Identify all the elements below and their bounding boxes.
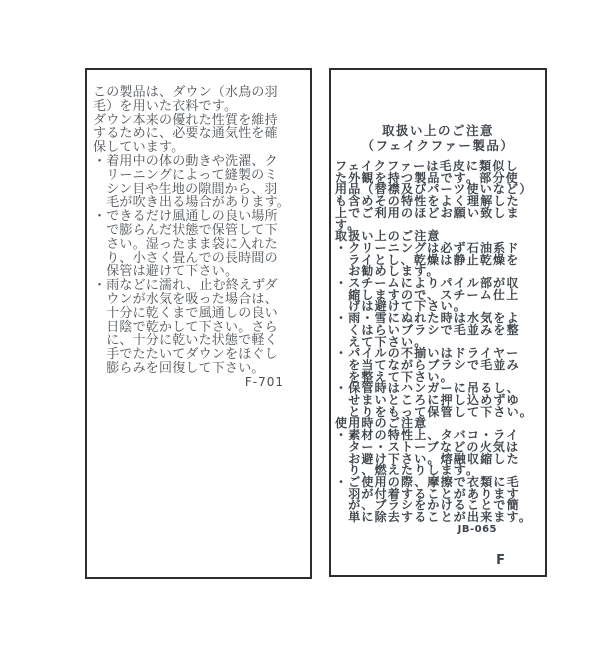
care-text-line: 毛）を用いた衣料です。 xyxy=(93,100,306,114)
care-text-line: り、小さく畳んでの長時間の xyxy=(93,252,306,266)
care-text-line: 毛が吹き出る場合があります。 xyxy=(93,196,306,210)
care-text-line: 保管は避けて下さい。 xyxy=(93,265,306,279)
care-text-line: この製品は、ダウン（水鳥の羽 xyxy=(93,86,306,100)
down-care-text: この製品は、ダウン（水鳥の羽毛）を用いた衣料です。ダウン本来の優れた性質を維持す… xyxy=(87,70,310,376)
care-text-line: さい。湿ったまま袋に入れた xyxy=(93,238,306,252)
care-text-line: 上でご利用のほどお願い致しま xyxy=(335,208,543,220)
care-text-line: ウンが水気を吸った場合は、 xyxy=(93,293,306,307)
care-text-line: ・できるだけ風通しの良い場所 xyxy=(93,210,306,224)
care-text-line: 単に除去することが出来ます。 xyxy=(335,512,543,524)
care-text-line: ・着用中の体の動きや洗濯、ク xyxy=(93,155,306,169)
heading-line: （フェイクファー製品） xyxy=(331,139,545,154)
heading-line: 取扱い上のご注意 xyxy=(331,124,545,139)
care-text-line: リーニングによって縫製のミ xyxy=(93,169,306,183)
care-text-line: するために、必要な通気性を確 xyxy=(93,127,306,141)
care-text-line: に、十分に乾いた状態で軽く xyxy=(93,334,306,348)
fake-fur-care-label: 取扱い上のご注意（フェイクファー製品） フェイクファーは毛皮に類似した外観を持つ… xyxy=(329,68,547,577)
care-text-line: ・雨などに濡れ、止む終えずダ xyxy=(93,279,306,293)
label-heading: 取扱い上のご注意（フェイクファー製品） xyxy=(331,124,545,153)
label-code-f701: F-701 xyxy=(87,376,310,390)
care-text-line: 膨らみを回復して下さい。 xyxy=(93,362,306,376)
fake-fur-care-text: フェイクファーは毛皮に類似した外観を持つ製品です。部分使用品（替襟及びパーツ使い… xyxy=(331,161,545,524)
care-text-line: 十分に乾くまで風通しの良い xyxy=(93,307,306,321)
down-care-label: この製品は、ダウン（水鳥の羽毛）を用いた衣料です。ダウン本来の優れた性質を維持す… xyxy=(85,68,312,579)
care-text-line: で膨らんだ状態で保管して下 xyxy=(93,224,306,238)
label-footer-letter: F xyxy=(496,553,505,568)
care-text-line: 手でたたいてダウンをほぐし xyxy=(93,348,306,362)
label-code-jb065: JB-065 xyxy=(331,524,545,536)
care-text-line: 保しています。 xyxy=(93,141,306,155)
